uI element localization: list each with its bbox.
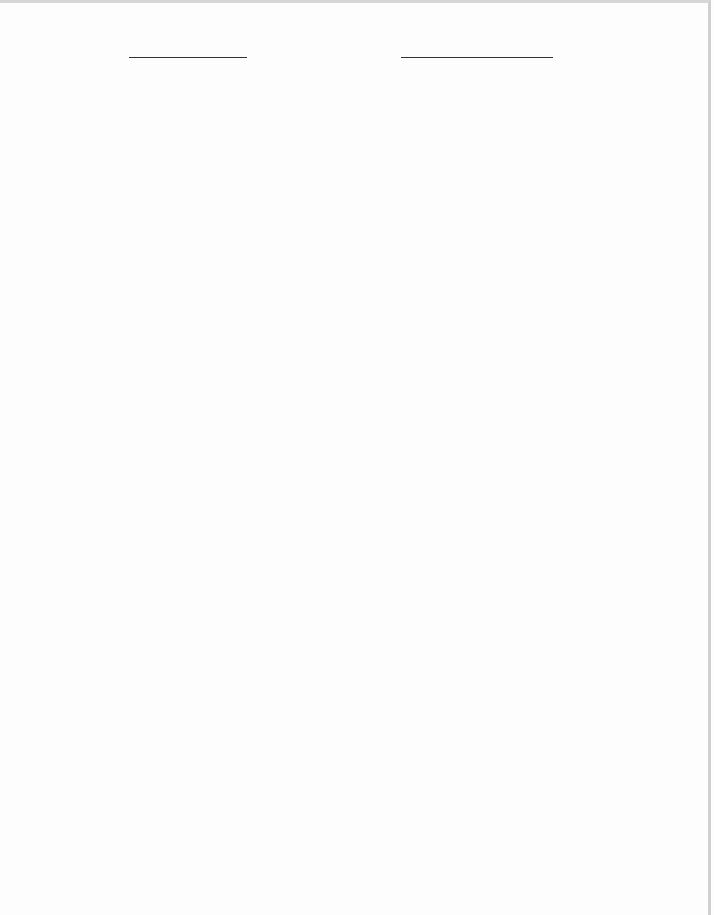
issuer-header [88,55,288,58]
national-header [322,55,632,58]
issuer-underline [129,57,247,58]
motto-underline [401,57,553,58]
document-page [0,0,711,915]
